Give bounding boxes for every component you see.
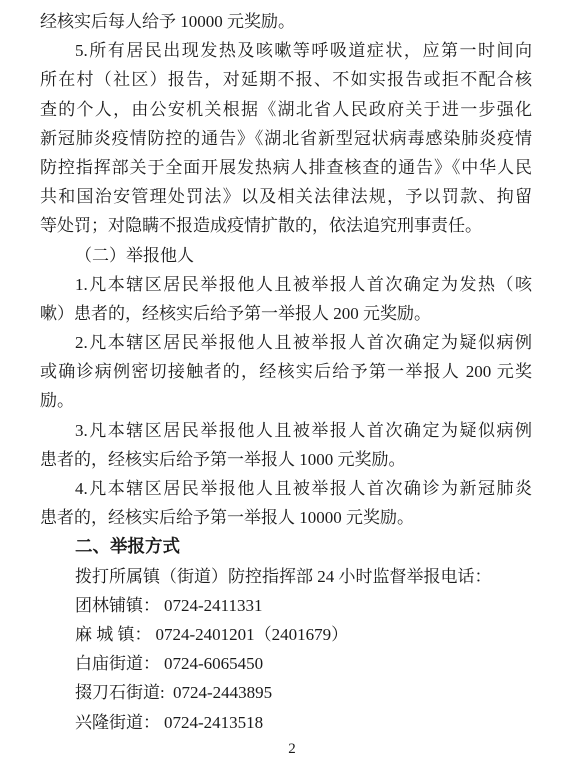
document-page: 经核实后每人给予 10000 元奖励。5.所有居民出现发热及咳嗽等呼吸道症状，应…	[0, 0, 584, 775]
hotline-phone-number: 0724-2411331	[164, 596, 263, 615]
hotline-phone-number: 0724-2413518	[164, 713, 263, 732]
body-line: 新冠肺炎疫情防控的通告》《湖北省新型冠状病毒感染肺炎疫情	[40, 124, 532, 153]
body-line: 经核实后每人给予 10000 元奖励。	[40, 7, 532, 36]
body-line: 或确诊病例密切接触者的，经核实后给予第一举报人 200 元奖	[40, 357, 532, 386]
hotline-town-name: 麻 城 镇：	[75, 625, 152, 644]
hotline-phone-number: 0724-2401201（2401679）	[156, 625, 349, 644]
hotline-row: 兴隆街道：0724-2413518	[40, 708, 532, 737]
body-line: 1.凡本辖区居民举报他人且被举报人首次确定为发热（咳	[40, 270, 532, 299]
hotline-row: 麻 城 镇：0724-2401201（2401679）	[40, 620, 532, 649]
body-line: 患者的，经核实后给予第一举报人 10000 元奖励。	[40, 503, 532, 532]
hotline-phone-number: 0724-2443895	[173, 683, 272, 702]
document-content: 经核实后每人给予 10000 元奖励。5.所有居民出现发热及咳嗽等呼吸道症状，应…	[0, 0, 532, 737]
body-line: 共和国治安管理处罚法》以及相关法律法规，予以罚款、拘留	[40, 182, 532, 211]
body-line: 等处罚；对隐瞒不报造成疫情扩散的，依法追究刑事责任。	[40, 211, 532, 240]
body-line: 励。	[40, 386, 532, 415]
hotline-intro: 拨打所属镇（街道）防控指挥部 24 小时监督举报电话：	[40, 562, 532, 591]
body-line: 查的个人，由公安机关根据《湖北省人民政府关于进一步强化	[40, 95, 532, 124]
body-line: 患者的，经核实后给予第一举报人 1000 元奖励。	[40, 445, 532, 474]
body-line: 4.凡本辖区居民举报他人且被举报人首次确诊为新冠肺炎	[40, 474, 532, 503]
body-line: 防控指挥部关于全面开展发热病人排查核查的通告》《中华人民	[40, 153, 532, 182]
body-lines: 经核实后每人给予 10000 元奖励。5.所有居民出现发热及咳嗽等呼吸道症状，应…	[40, 7, 532, 532]
hotline-town-name: 团林铺镇：	[75, 596, 160, 615]
hotline-town-name: 兴隆街道：	[75, 713, 160, 732]
hotline-row: 掇刀石街道: 0724-2443895	[40, 678, 532, 707]
body-line: 3.凡本辖区居民举报他人且被举报人首次确定为疑似病例	[40, 416, 532, 445]
hotline-town-name: 掇刀石街道:	[75, 683, 169, 702]
hotline-town-name: 白庙街道：	[75, 654, 160, 673]
section-heading: 二、举报方式	[40, 532, 532, 561]
hotline-list: 团林铺镇：0724-2411331麻 城 镇：0724-2401201（2401…	[40, 591, 532, 737]
body-line: 所在村（社区）报告，对延期不报、不如实报告或拒不配合核	[40, 65, 532, 94]
body-line: （二）举报他人	[40, 241, 532, 270]
hotline-row: 团林铺镇：0724-2411331	[40, 591, 532, 620]
body-line: 5.所有居民出现发热及咳嗽等呼吸道症状，应第一时间向	[40, 36, 532, 65]
hotline-phone-number: 0724-6065450	[164, 654, 263, 673]
body-line: 嗽）患者的，经核实后给予第一举报人 200 元奖励。	[40, 299, 532, 328]
body-line: 2.凡本辖区居民举报他人且被举报人首次确定为疑似病例	[40, 328, 532, 357]
page-number: 2	[0, 738, 584, 760]
hotline-row: 白庙街道：0724-6065450	[40, 649, 532, 678]
